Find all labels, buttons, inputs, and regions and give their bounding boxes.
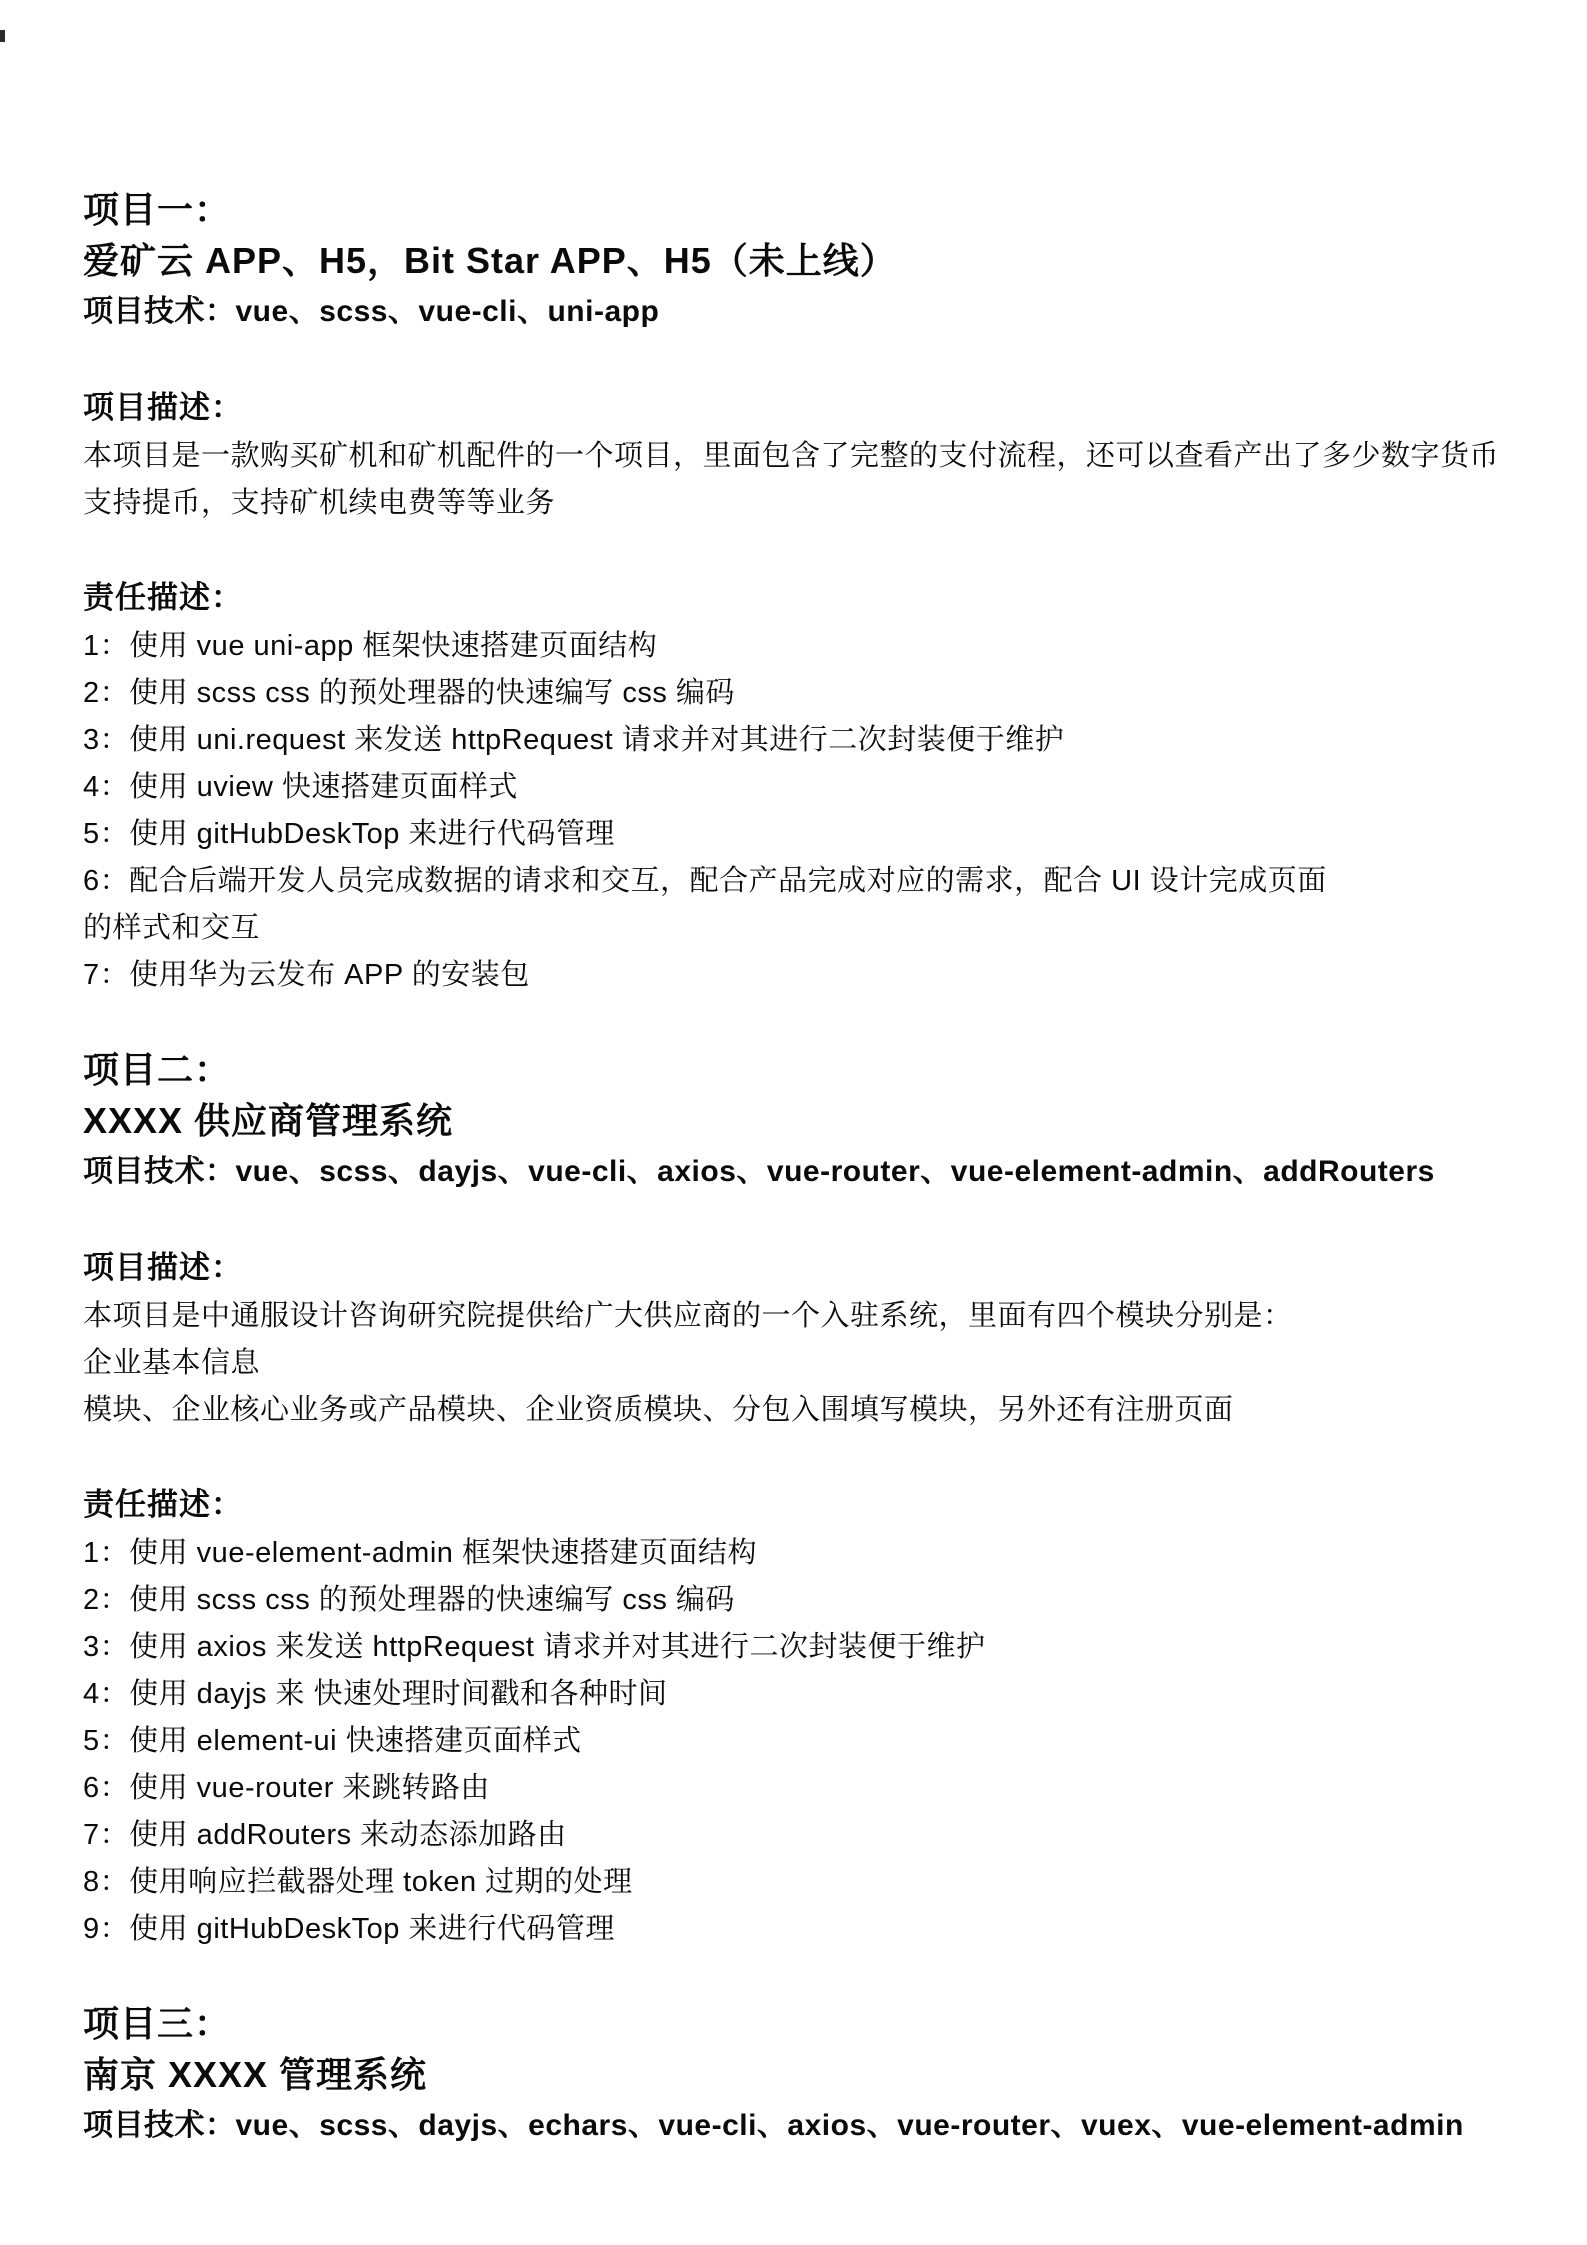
resp-line: 6：配合后端开发人员完成数据的请求和交互，配合产品完成对应的需求，配合 UI 设… [83, 858, 1517, 905]
resp-line: 7：使用 addRouters 来动态添加路由 [83, 1812, 1517, 1859]
desc-line: 模块、企业核心业务或产品模块、企业资质模块、分包入围填写模块，另外还有注册页面 [83, 1387, 1517, 1434]
spacer [83, 1197, 1517, 1243]
spacer [83, 527, 1517, 573]
spacer [83, 1434, 1517, 1480]
resp-line: 3：使用 axios 来发送 httpRequest 请求并对其进行二次封装便于… [83, 1624, 1517, 1671]
resp-line: 的样式和交互 [83, 905, 1517, 952]
resp-line: 8：使用响应拦截器处理 token 过期的处理 [83, 1859, 1517, 1906]
resp-line: 1：使用 vue-element-admin 框架快速搭建页面结构 [83, 1530, 1517, 1577]
desc-line: 本项目是一款购买矿机和矿机配件的一个项目，里面包含了完整的支付流程，还可以查看产… [83, 433, 1517, 480]
resume-document: 项目一： 爱矿云 APP、H5，Bit Star APP、H5（未上线） 项目技… [0, 0, 1587, 2245]
resp-line: 4：使用 dayjs 来 快速处理时间戳和各种时间 [83, 1671, 1517, 1718]
project-tech-line: 项目技术：vue、scss、dayjs、vue-cli、axios、vue-ro… [83, 1147, 1517, 1197]
spacer [83, 999, 1517, 1045]
project-heading: 项目三： [83, 1999, 1517, 2049]
project-heading: 项目一： [83, 185, 1517, 235]
desc-line: 支持提币，支持矿机续电费等等业务 [83, 480, 1517, 527]
spacer [83, 1953, 1517, 1999]
spacer [83, 337, 1517, 383]
project-1-section: 项目一： 爱矿云 APP、H5，Bit Star APP、H5（未上线） 项目技… [83, 185, 1517, 999]
project-title: 南京 XXXX 管理系统 [83, 2049, 1517, 2101]
scan-artifact [0, 30, 5, 42]
desc-label: 项目描述： [83, 1243, 1517, 1293]
resp-line: 1：使用 vue uni-app 框架快速搭建页面结构 [83, 623, 1517, 670]
resp-line: 5：使用 gitHubDeskTop 来进行代码管理 [83, 811, 1517, 858]
resp-label: 责任描述： [83, 1480, 1517, 1530]
resp-label: 责任描述： [83, 573, 1517, 623]
desc-line: 企业基本信息 [83, 1340, 1517, 1387]
project-2-section: 项目二： XXXX 供应商管理系统 项目技术：vue、scss、dayjs、vu… [83, 1045, 1517, 1953]
resp-line: 6：使用 vue-router 来跳转路由 [83, 1765, 1517, 1812]
resp-line: 5：使用 element-ui 快速搭建页面样式 [83, 1718, 1517, 1765]
resp-line: 2：使用 scss css 的预处理器的快速编写 css 编码 [83, 1577, 1517, 1624]
project-title: 爱矿云 APP、H5，Bit Star APP、H5（未上线） [83, 235, 1517, 287]
desc-line: 本项目是中通服设计咨询研究院提供给广大供应商的一个入驻系统，里面有四个模块分别是… [83, 1293, 1517, 1340]
resp-line: 4：使用 uview 快速搭建页面样式 [83, 764, 1517, 811]
project-3-section: 项目三： 南京 XXXX 管理系统 项目技术：vue、scss、dayjs、ec… [83, 1999, 1517, 2151]
resp-line: 9：使用 gitHubDeskTop 来进行代码管理 [83, 1906, 1517, 1953]
resp-line: 7：使用华为云发布 APP 的安装包 [83, 952, 1517, 999]
resp-line: 2：使用 scss css 的预处理器的快速编写 css 编码 [83, 670, 1517, 717]
project-title: XXXX 供应商管理系统 [83, 1095, 1517, 1147]
project-tech-line: 项目技术：vue、scss、dayjs、echars、vue-cli、axios… [83, 2101, 1517, 2151]
project-heading: 项目二： [83, 1045, 1517, 1095]
project-tech-line: 项目技术：vue、scss、vue-cli、uni-app [83, 287, 1517, 337]
desc-label: 项目描述： [83, 383, 1517, 433]
resp-line: 3：使用 uni.request 来发送 httpRequest 请求并对其进行… [83, 717, 1517, 764]
